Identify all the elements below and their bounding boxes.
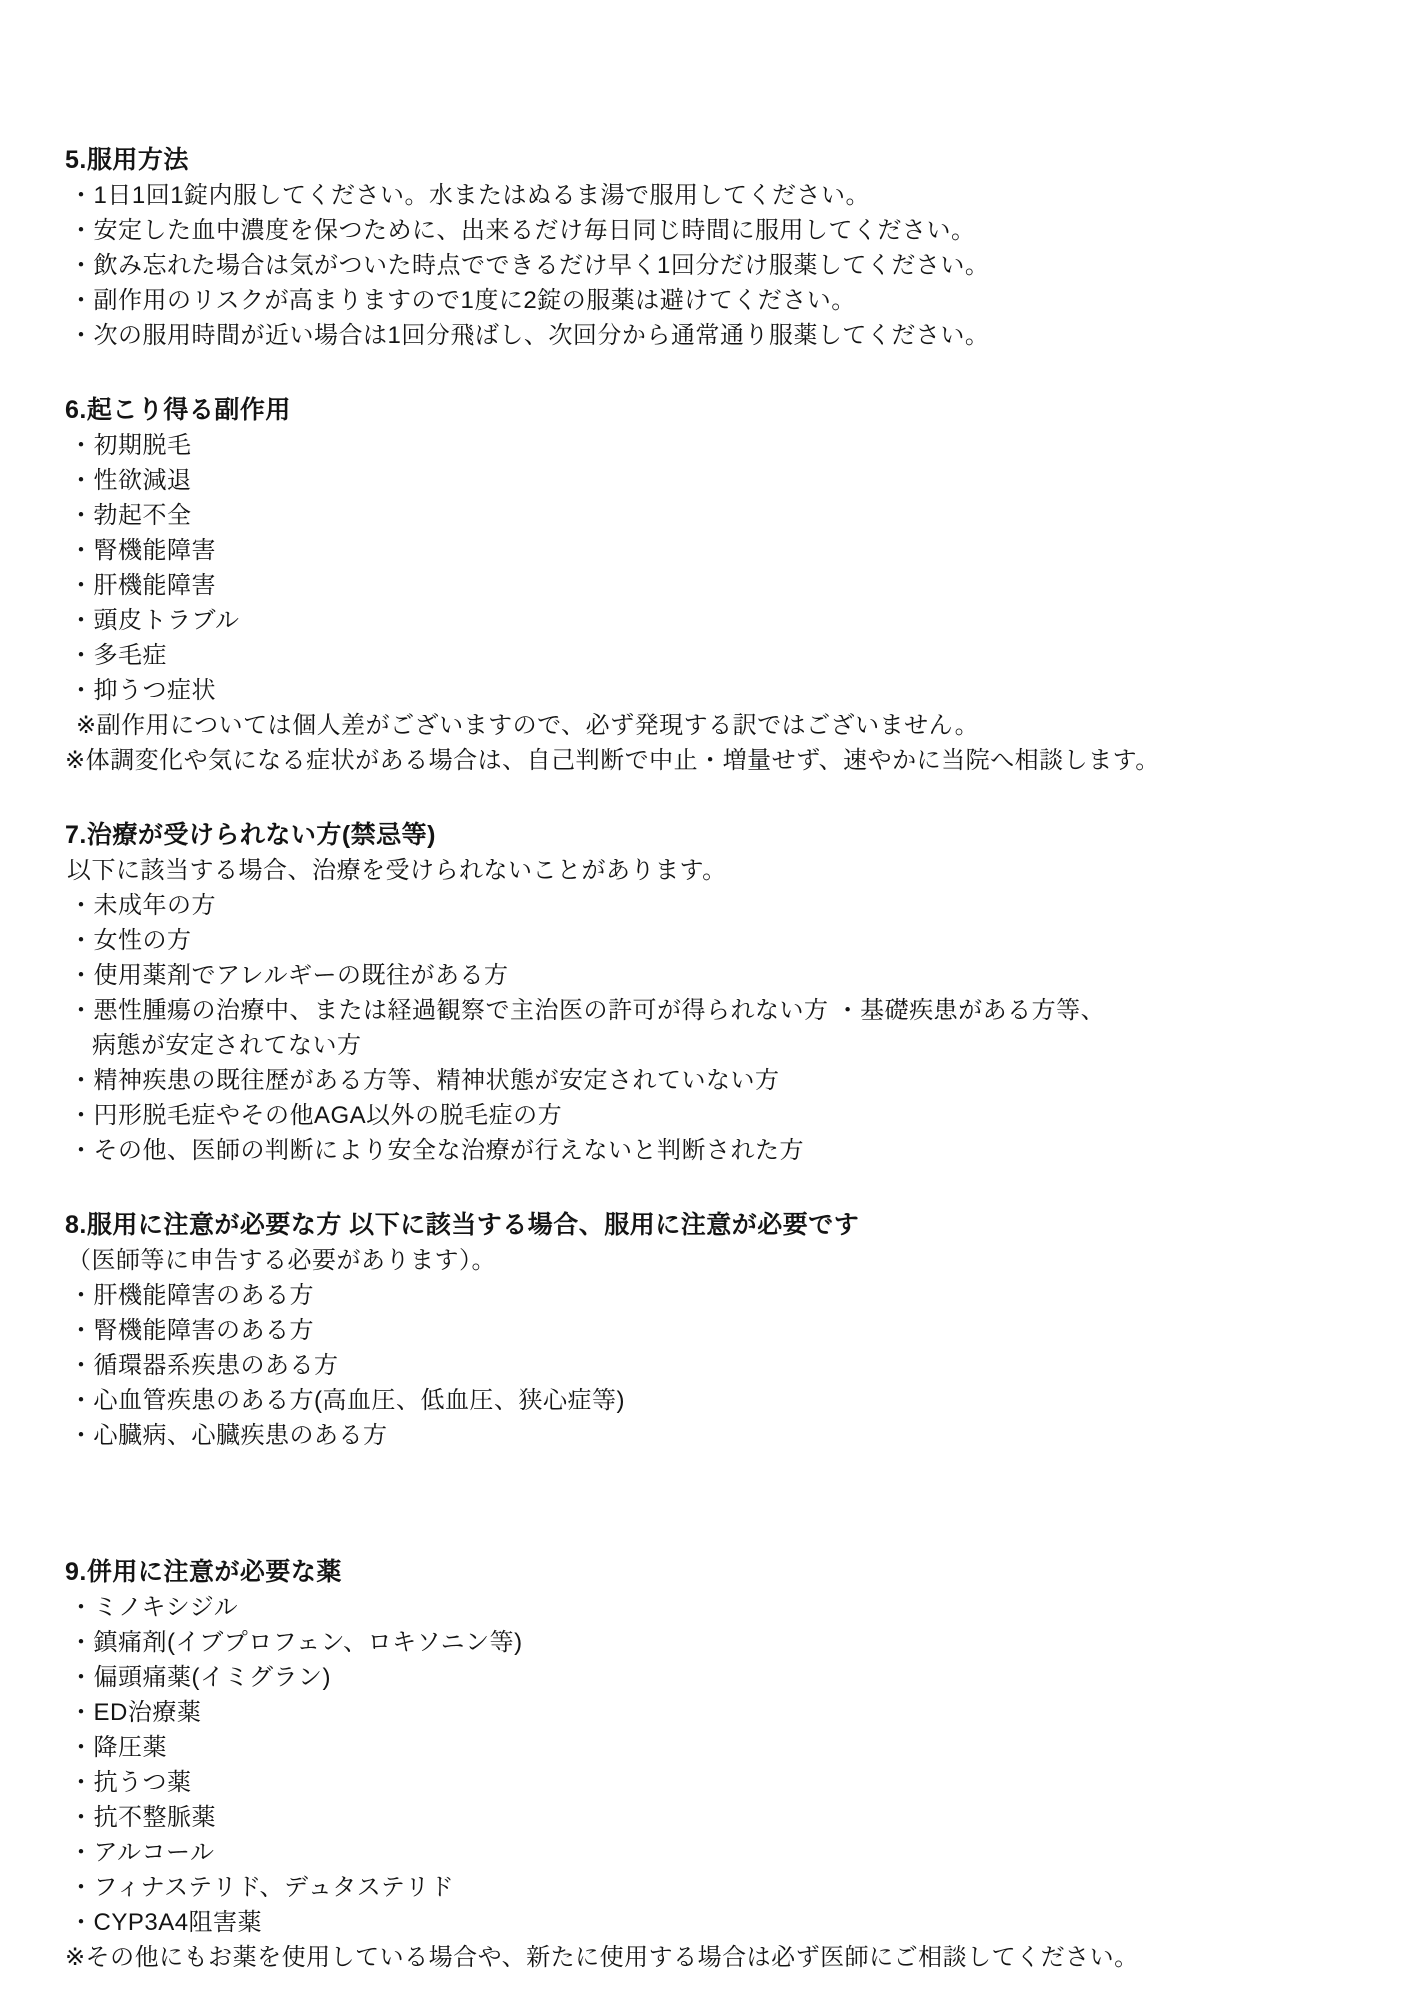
list-item: ・循環器系疾患のある方: [65, 1348, 1374, 1383]
list-item: ・その他、医師の判断により安全な治療が行えないと判断された方: [65, 1133, 1374, 1168]
section: 8.服用に注意が必要な方 以下に該当する場合、服用に注意が必要です（医師等に申告…: [65, 1208, 1374, 1453]
list-item: ・心血管疾患のある方(高血圧、低血圧、狭心症等): [65, 1383, 1374, 1418]
list-item: ・初期脱毛: [65, 428, 1374, 463]
list-item: ・CYP3A4阻害薬: [65, 1905, 1374, 1940]
list-item: ・円形脱毛症やその他AGA以外の脱毛症の方: [65, 1098, 1374, 1133]
list-item: ・抑うつ症状: [65, 673, 1374, 708]
list-item: ・腎機能障害のある方: [65, 1313, 1374, 1348]
list-item: ・フィナステリド、デュタステリド: [65, 1870, 1374, 1905]
list-item: ・副作用のリスクが高まりますので1度に2錠の服薬は避けてください。: [65, 283, 1374, 318]
note-line: ※その他にもお薬を使用している場合や、新たに使用する場合は必ず医師にご相談してく…: [65, 1940, 1374, 1975]
section-heading: 9.併用に注意が必要な薬: [65, 1555, 1374, 1590]
list-item: ・ミノキシジル: [65, 1590, 1374, 1625]
list-item: ・性欲減退: [65, 463, 1374, 498]
section-heading: 6.起こり得る副作用: [65, 393, 1374, 428]
section: 9.併用に注意が必要な薬・ミノキシジル・鎮痛剤(イブプロフェン、ロキソニン等)・…: [65, 1555, 1374, 1975]
list-item: ・アルコール: [65, 1835, 1374, 1870]
section-intro: （医師等に申告する必要があります）。: [65, 1243, 1374, 1278]
document-body: 5.服用方法・1日1回1錠内服してください。水またはぬるま湯で服用してください。…: [65, 143, 1374, 1975]
list-item: ・抗不整脈薬: [65, 1800, 1374, 1835]
list-item: ・偏頭痛薬(イミグラン): [65, 1660, 1374, 1695]
list-item: ・抗うつ薬: [65, 1765, 1374, 1800]
section: 7.治療が受けられない方(禁忌等)以下に該当する場合、治療を受けられないことがあ…: [65, 818, 1374, 1168]
section: 5.服用方法・1日1回1錠内服してください。水またはぬるま湯で服用してください。…: [65, 143, 1374, 353]
list-item: ・肝機能障害のある方: [65, 1278, 1374, 1313]
list-item: ・降圧薬: [65, 1730, 1374, 1765]
list-item: ・頭皮トラブル: [65, 603, 1374, 638]
list-item: ・勃起不全: [65, 498, 1374, 533]
list-item: ・安定した血中濃度を保つために、出来るだけ毎日同じ時間に服用してください。: [65, 213, 1374, 248]
list-item: ・飲み忘れた場合は気がついた時点でできるだけ早く1回分だけ服薬してください。: [65, 248, 1374, 283]
list-item: ・精神疾患の既往歴がある方等、精神状態が安定されていない方: [65, 1063, 1374, 1098]
list-item: ・多毛症: [65, 638, 1374, 673]
section-intro: 以下に該当する場合、治療を受けられないことがあります。: [65, 853, 1374, 888]
note-line: ※副作用については個人差がございますので、必ず発現する訳ではございません。: [65, 708, 1374, 743]
list-item: ・次の服用時間が近い場合は1回分飛ばし、次回分から通常通り服薬してください。: [65, 318, 1374, 353]
list-item: ・女性の方: [65, 923, 1374, 958]
note-line: ※体調変化や気になる症状がある場合は、自己判断で中止・増量せず、速やかに当院へ相…: [65, 743, 1374, 778]
section: 6.起こり得る副作用・初期脱毛・性欲減退・勃起不全・腎機能障害・肝機能障害・頭皮…: [65, 393, 1374, 778]
list-item: ・1日1回1錠内服してください。水またはぬるま湯で服用してください。: [65, 178, 1374, 213]
section-heading: 7.治療が受けられない方(禁忌等): [65, 818, 1374, 853]
list-item: ・肝機能障害: [65, 568, 1374, 603]
list-item-continuation: 病態が安定されてない方: [65, 1028, 1374, 1063]
list-item: ・ED治療薬: [65, 1695, 1374, 1730]
list-item: ・心臓病、心臓疾患のある方: [65, 1418, 1374, 1453]
section-heading: 8.服用に注意が必要な方 以下に該当する場合、服用に注意が必要です: [65, 1208, 1374, 1243]
list-item: ・使用薬剤でアレルギーの既往がある方: [65, 958, 1374, 993]
list-item: ・鎮痛剤(イブプロフェン、ロキソニン等): [65, 1625, 1374, 1660]
document-page: 5.服用方法・1日1回1錠内服してください。水またはぬるま湯で服用してください。…: [0, 0, 1414, 2000]
list-item: ・悪性腫瘍の治療中、または経過観察で主治医の許可が得られない方 ・基礎疾患がある…: [65, 993, 1374, 1028]
list-item: ・未成年の方: [65, 888, 1374, 923]
section-heading: 5.服用方法: [65, 143, 1374, 178]
list-item: ・腎機能障害: [65, 533, 1374, 568]
